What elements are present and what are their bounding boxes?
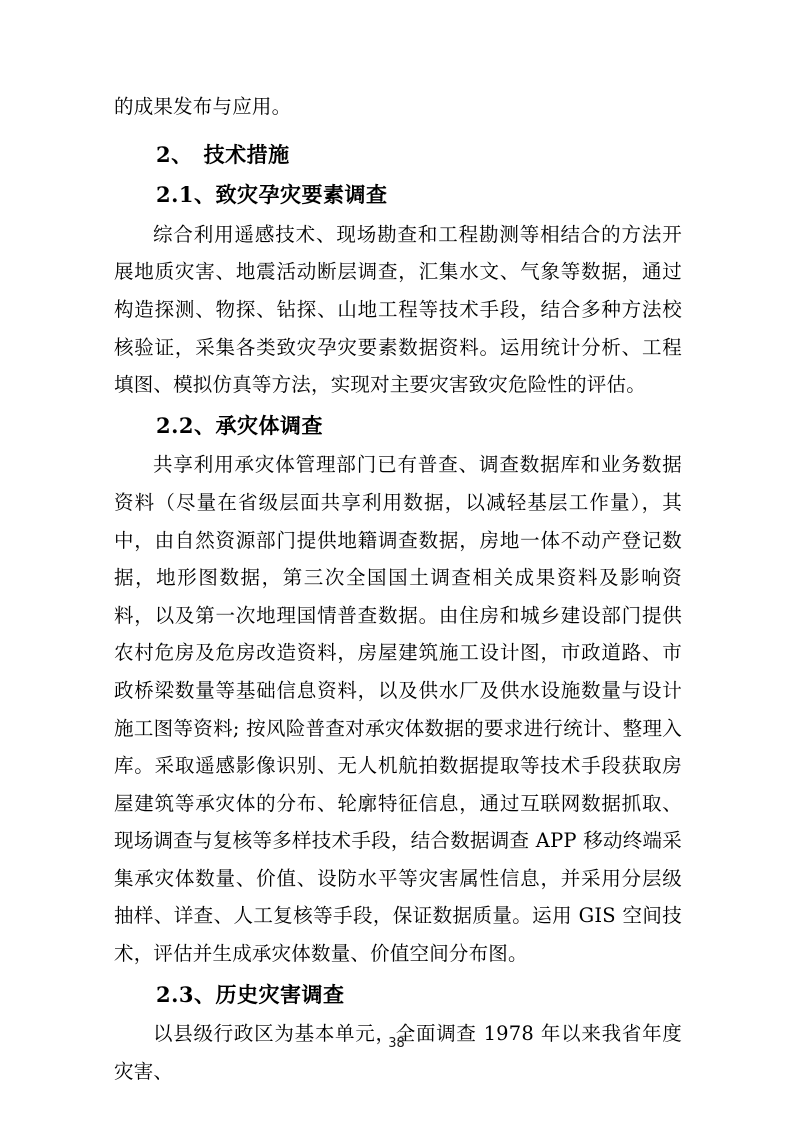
paragraph-historical-disaster-survey: 以县级行政区为基本单元，全面调查 1978 年以来我省年度灾害、 [114, 1015, 682, 1090]
paragraph-hazard-factor-survey: 综合利用遥感技术、现场勘查和工程勘测等相结合的方法开展地质灾害、地震活动断层调查… [114, 216, 682, 404]
section-heading-disaster-bearing-body-survey: 2.2、承灾体调查 [114, 407, 682, 445]
document-page: 的成果发布与应用。 2、 技术措施 2.1、致灾孕灾要素调查 综合利用遥感技术、… [0, 0, 793, 1122]
document-content: 的成果发布与应用。 2、 技术措施 2.1、致灾孕灾要素调查 综合利用遥感技术、… [114, 88, 682, 1090]
section-heading-hazard-factor-survey: 2.1、致灾孕灾要素调查 [114, 176, 682, 214]
section-heading-technical-measures: 2、 技术措施 [114, 136, 682, 174]
continuation-paragraph: 的成果发布与应用。 [114, 88, 682, 126]
section-heading-historical-disaster-survey: 2.3、历史灾害调查 [114, 976, 682, 1014]
paragraph-disaster-bearing-body-survey: 共享利用承灾体管理部门已有普查、调查数据库和业务数据资料（尽量在省级层面共享利用… [114, 446, 682, 972]
page-number: 38 [0, 1036, 793, 1051]
